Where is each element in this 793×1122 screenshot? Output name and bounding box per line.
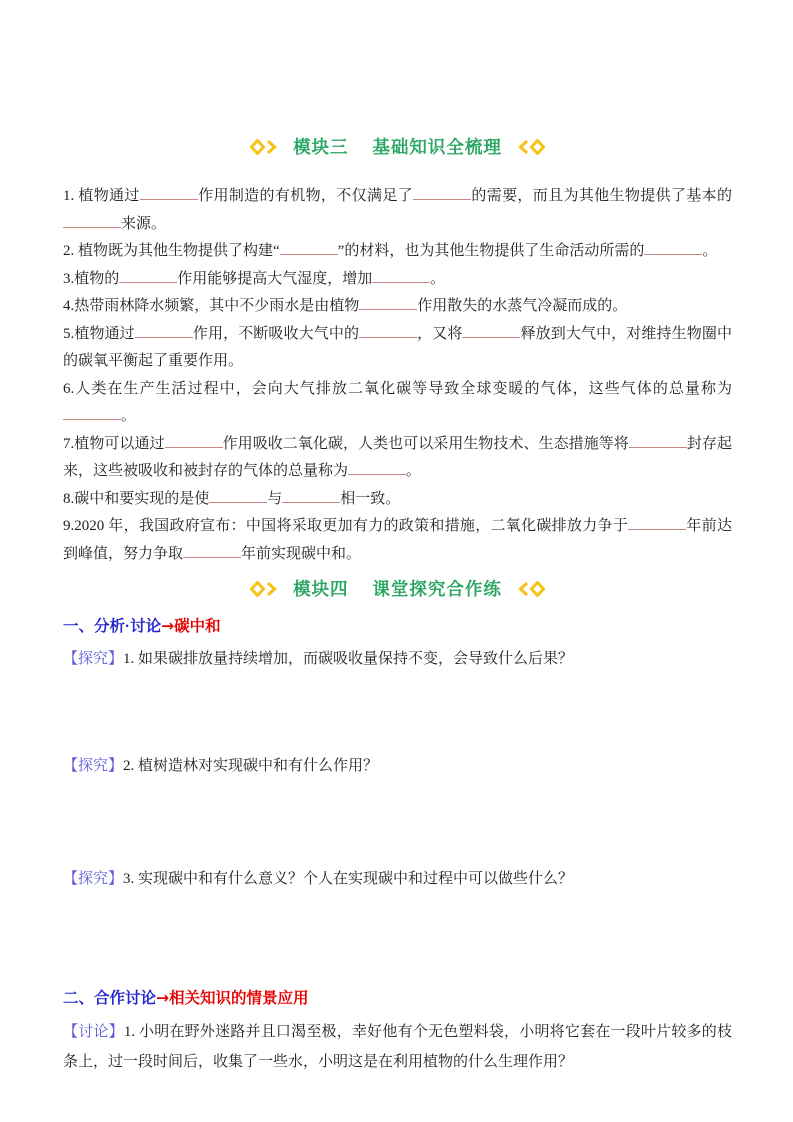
answer-space <box>63 780 732 859</box>
module4-title: 模块四 课堂探究合作练 <box>293 577 502 601</box>
diamond-chevron-right-icon <box>250 139 280 155</box>
question-1: 1. 植物通过作用制造的有机物，不仅满足了的需要，而且为其他生物提供了基本的来源… <box>63 183 732 238</box>
text-segment: 的需要，而且为其他生物提供了基本的 <box>471 188 732 204</box>
right-arrow-icon: → <box>156 989 169 1007</box>
text-segment: 。 <box>430 271 445 287</box>
fill-in-blank <box>644 241 702 255</box>
fill-in-blank <box>282 489 340 503</box>
text-segment: 8.碳中和要实现的是使 <box>63 491 209 507</box>
question-3: 3.植物的作用能够提高大气湿度，增加。 <box>63 266 732 294</box>
text-segment: 2. 植物既为其他生物提供了构建“ <box>63 243 280 259</box>
fill-in-blank <box>628 516 686 530</box>
discuss-tag: 【讨论】 <box>63 1024 124 1040</box>
fill-in-blank <box>140 186 198 200</box>
explore-question-1-text: 1. 如果碳排放量持续增加，而碳吸收量保持不变，会导致什么后果？ <box>123 651 573 667</box>
question-2: 2. 植物既为其他生物提供了构建“”的材料，也为其他生物提供了生命活动所需的。 <box>63 238 732 266</box>
fill-in-blank <box>63 214 121 228</box>
answer-space <box>63 893 732 973</box>
fill-in-blank <box>372 269 430 283</box>
text-segment: 6.人类在生产生活过程中，会向大气排放二氧化碳等导致全球变暖的气体，这些气体的总… <box>63 381 732 397</box>
question-7: 7.植物可以通过作用吸收二氧化碳，人类也可以采用生物技术、生态措施等将封存起来，… <box>63 431 732 486</box>
question-6: 6.人类在生产生活过程中，会向大气排放二氧化碳等导致全球变暖的气体，这些气体的总… <box>63 376 732 431</box>
discuss-question-1: 【讨论】1. 小明在野外迷路并且口渴至极，幸好他有个无色塑料袋，小明将它套在一段… <box>63 1017 732 1077</box>
fill-in-blank <box>462 324 520 338</box>
fill-in-blank <box>413 186 471 200</box>
text-segment: 7.植物可以通过 <box>63 436 165 452</box>
question-5: 5.植物通过作用，不断吸收大气中的，又将释放到大气中，对维持生物圈中的碳氧平衡起… <box>63 321 732 376</box>
explore-question-3-text: 3. 实现碳中和有什么意义？个人在实现碳中和过程中可以做些什么？ <box>123 871 573 887</box>
text-segment: 9.2020 年，我国政府宣布：中国将采取更加有力的政策和措施，二氧化碳排放力争… <box>63 518 628 534</box>
fill-in-blank <box>280 241 338 255</box>
fill-in-blank <box>359 324 417 338</box>
explore-question-2-text: 2. 植树造林对实现碳中和有什么作用？ <box>123 758 378 774</box>
text-segment: 5.植物通过 <box>63 326 135 342</box>
text-segment: 。 <box>121 408 136 424</box>
explore-tag: 【探究】 <box>63 871 123 887</box>
question-8: 8.碳中和要实现的是使与相一致。 <box>63 486 732 514</box>
section1-label: 一、分析·讨论 <box>63 618 161 635</box>
text-segment: 作用散失的水蒸气冷凝而成的。 <box>417 298 627 314</box>
fill-in-blank <box>165 434 223 448</box>
diamond-chevron-right-icon <box>250 581 280 597</box>
chevron-left-diamond-icon <box>515 581 545 597</box>
text-segment: 1. 植物通过 <box>63 188 140 204</box>
text-segment: 年前实现碳中和。 <box>241 546 361 562</box>
text-segment: 作用制造的有机物，不仅满足了 <box>198 188 413 204</box>
section2-label: 二、合作讨论 <box>63 990 156 1007</box>
module3-title: 模块三 基础知识全梳理 <box>293 135 502 159</box>
fill-in-blank <box>629 434 687 448</box>
right-arrow-icon: → <box>161 617 174 635</box>
module4-title-row: 模块四 课堂探究合作练 <box>63 577 732 601</box>
explore-question-3: 【探究】3. 实现碳中和有什么意义？个人在实现碳中和过程中可以做些什么？ <box>63 865 732 893</box>
fill-in-blank <box>63 406 121 420</box>
text-segment: 。 <box>406 463 421 479</box>
section2-topic: 相关知识的情景应用 <box>169 990 309 1007</box>
text-segment: 3.植物的 <box>63 271 119 287</box>
explore-tag: 【探究】 <box>63 758 123 774</box>
module3-title-row: 模块三 基础知识全梳理 <box>63 135 732 159</box>
fill-in-blank <box>209 489 267 503</box>
chevron-left-diamond-icon <box>515 139 545 155</box>
explore-tag: 【探究】 <box>63 651 123 667</box>
text-segment: ，又将 <box>417 326 462 342</box>
question-4: 4.热带雨林降水频繁，其中不少雨水是由植物作用散失的水蒸气冷凝而成的。 <box>63 293 732 321</box>
explore-question-1: 【探究】1. 如果碳排放量持续增加，而碳吸收量保持不变，会导致什么后果？ <box>63 645 732 673</box>
discuss-question-1-text: 1. 小明在野外迷路并且口渴至极，幸好他有个无色塑料袋，小明将它套在一段叶片较多… <box>63 1024 732 1070</box>
text-segment: ”的材料，也为其他生物提供了生命活动所需的 <box>338 243 645 259</box>
fill-in-blank <box>183 544 241 558</box>
text-segment: 作用能够提高大气湿度，增加 <box>177 271 372 287</box>
section1-heading: 一、分析·讨论→碳中和 <box>63 614 732 639</box>
text-segment: 作用吸收二氧化碳，人类也可以采用生物技术、生态措施等将 <box>223 436 629 452</box>
text-segment: 来源。 <box>121 216 166 232</box>
fill-in-blank <box>135 324 193 338</box>
section1-topic: 碳中和 <box>174 618 221 635</box>
question-9: 9.2020 年，我国政府宣布：中国将采取更加有力的政策和措施，二氧化碳排放力争… <box>63 513 732 568</box>
fill-in-blank-question-list: 1. 植物通过作用制造的有机物，不仅满足了的需要，而且为其他生物提供了基本的来源… <box>63 183 732 568</box>
text-segment: 。 <box>702 243 717 259</box>
worksheet-page: 模块三 基础知识全梳理 1. 植物通过作用制造的有机物，不仅满足了的需要，而且为… <box>0 0 793 1122</box>
text-segment: 与 <box>267 491 282 507</box>
text-segment: 相一致。 <box>340 491 400 507</box>
fill-in-blank <box>359 296 417 310</box>
fill-in-blank <box>119 269 177 283</box>
fill-in-blank <box>348 461 406 475</box>
answer-space <box>63 673 732 746</box>
text-segment: 作用，不断吸收大气中的 <box>193 326 359 342</box>
explore-question-2: 【探究】2. 植树造林对实现碳中和有什么作用？ <box>63 752 732 780</box>
text-segment: 4.热带雨林降水频繁，其中不少雨水是由植物 <box>63 298 359 314</box>
section2-heading: 二、合作讨论→相关知识的情景应用 <box>63 986 732 1011</box>
